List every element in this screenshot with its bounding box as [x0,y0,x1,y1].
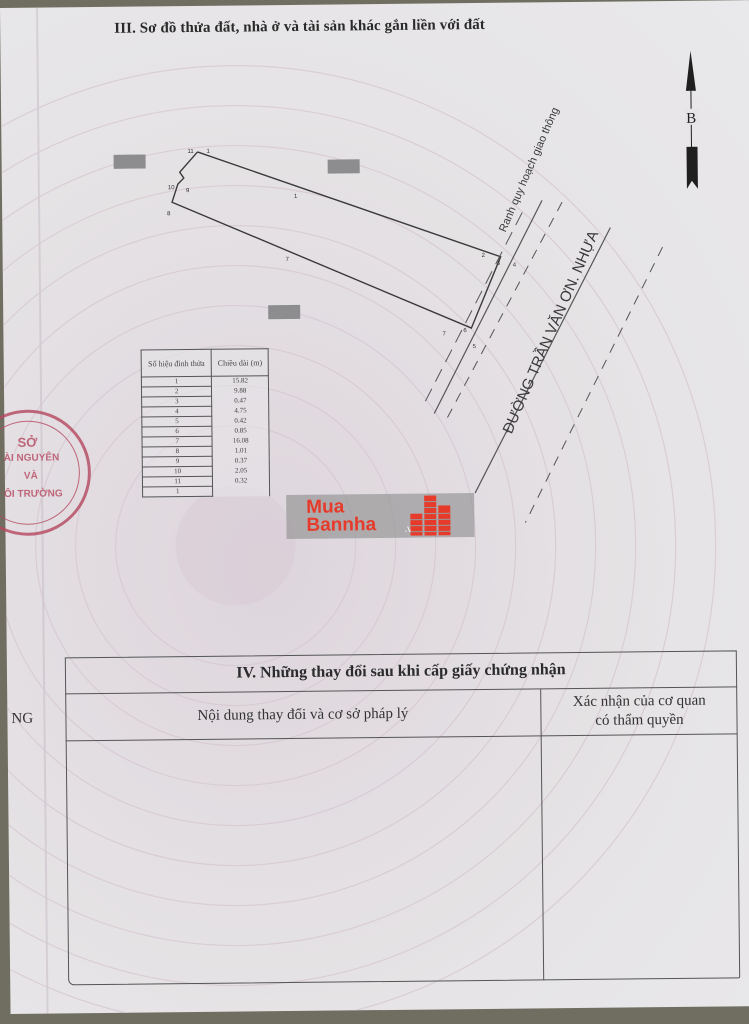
svg-text:3: 3 [497,261,501,267]
side-text-fragment: NG [11,711,33,728]
redacted-neighbor-3 [268,305,300,319]
redacted-neighbor-1 [114,154,146,168]
redacted-neighbor-2 [328,159,360,173]
north-arrow-icon: B [682,51,713,191]
building-logo-icon [406,495,456,536]
north-label: B [686,111,696,127]
svg-text:7: 7 [286,257,290,263]
svg-text:4: 4 [513,263,517,269]
svg-text:8: 8 [167,211,171,217]
authority-confirmation-header: Xác nhận của cơ quan có thẩm quyền [540,687,737,736]
section-4-changes-table: IV. Những thay đổi sau khi cấp giấy chứn… [65,650,740,985]
length-cell: 0.37 [213,456,270,467]
length-cell: 0.42 [212,416,269,427]
svg-text:7: 7 [442,331,446,337]
changes-content-header: Nội dung thay đổi và cơ sở pháp lý [65,689,540,741]
length-cell: 2.05 [213,466,270,477]
certificate-page: III. Sơ đồ thửa đất, nhà ở và tài sản kh… [0,0,749,1014]
length-cell [213,486,270,497]
vertex-cell: 1 [143,486,214,497]
length-cell: 0.85 [212,426,269,437]
vertex-length-table: Số hiệu đỉnh thửa Chiều dài (m) 115.8229… [141,348,271,497]
svg-text:10: 10 [168,185,175,191]
road-planning-label: Ranh quy hoạch giao thông [497,106,561,234]
svg-text:1: 1 [206,149,210,155]
vertex-col-header: Số hiệu đỉnh thửa [141,349,212,377]
muabannha-watermark-logo: Mua Bannha .vn [286,493,474,539]
length-cell: 16.08 [212,436,269,447]
length-col-header: Chiều dài (m) [212,349,269,377]
table-row: 1 [143,486,270,497]
length-cell: 1.01 [213,446,270,457]
length-cell: 4.75 [212,406,269,417]
length-cell: 0.47 [212,396,269,407]
svg-text:6: 6 [463,328,467,334]
road-name-label: ĐƯỜNG TRẦN VĂN ƠN. NHỰA [500,228,603,436]
svg-text:9: 9 [186,188,190,194]
length-cell: 15.82 [212,376,269,387]
svg-text:11: 11 [187,149,194,155]
svg-text:5: 5 [473,344,477,350]
length-cell: 9.88 [212,386,269,397]
svg-text:1: 1 [294,194,298,200]
length-cell: 0.32 [213,476,270,487]
svg-text:2: 2 [482,253,486,259]
